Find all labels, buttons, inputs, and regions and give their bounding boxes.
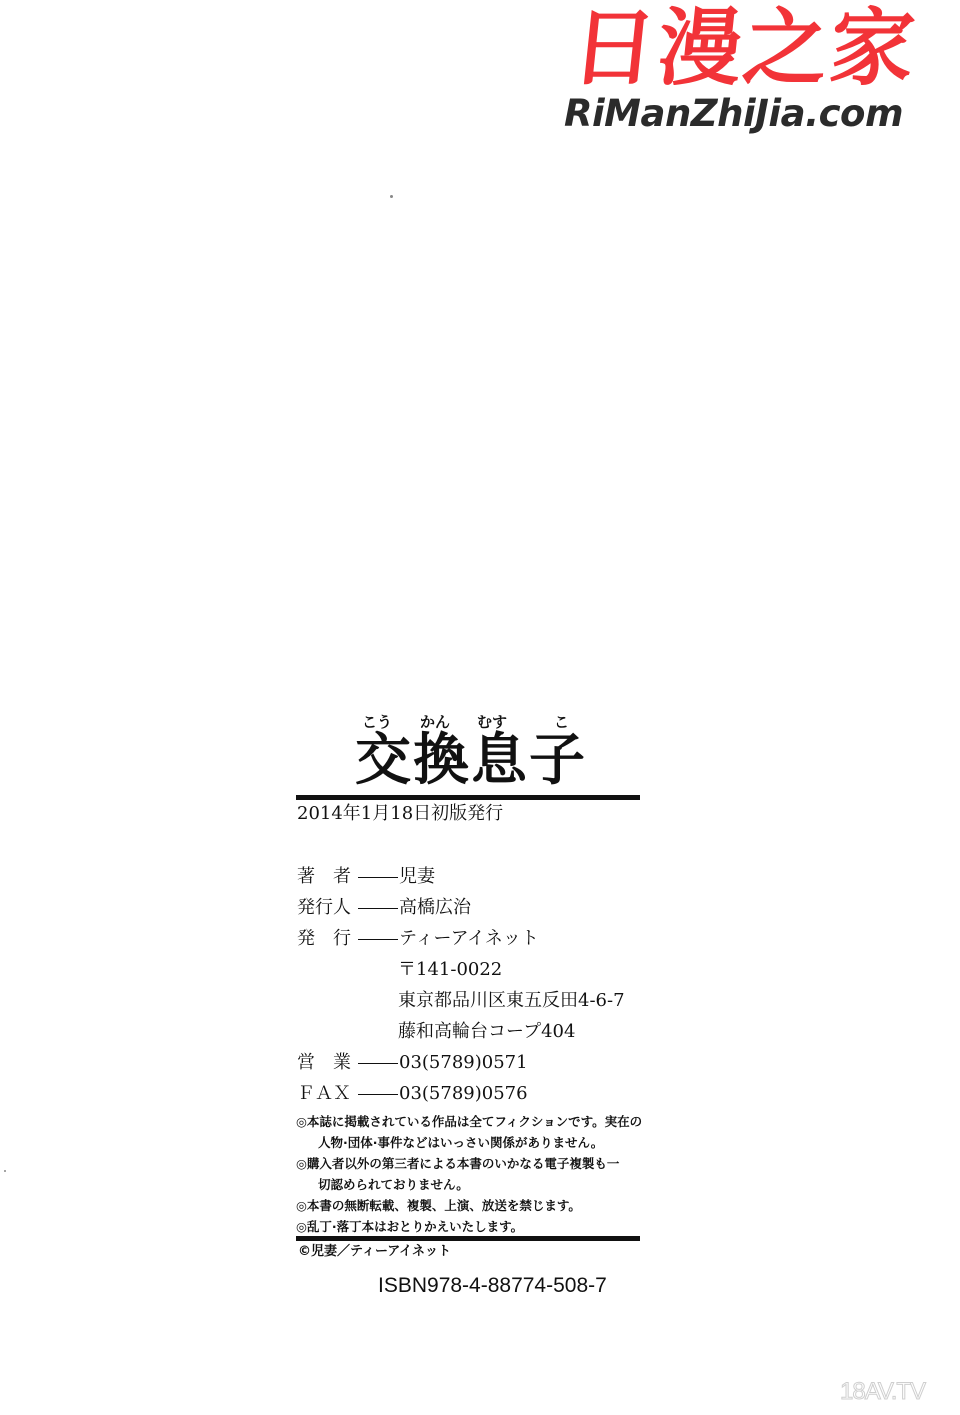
legal-notes: ◎本誌に掲載されている作品は全てフィクションです。実在の 人物·団体·事件などは… <box>296 1111 646 1237</box>
footer-divider <box>296 1236 640 1241</box>
title-divider <box>296 795 640 800</box>
contact-fax: ＦＡＸ03(5789)0576 <box>297 1082 528 1106</box>
dash-rule <box>358 877 398 878</box>
dash-rule <box>358 908 398 909</box>
credit-value: 児妻 <box>399 866 435 887</box>
book-title: 交換息子 <box>355 730 587 790</box>
logo-site-text: RiManZhiJia.com <box>564 92 903 136</box>
credit-value: 高橋広治 <box>399 897 471 918</box>
contact-label: ＦＡＸ <box>297 1082 357 1106</box>
isbn: ISBN978-4-88774-508-7 <box>378 1273 607 1299</box>
address-line-1: 東京都品川区東五反田4-6-7 <box>398 989 625 1013</box>
dash-rule <box>358 939 398 940</box>
contact-value: 03(5789)0576 <box>399 1083 528 1104</box>
note-line: ◎購入者以外の第三者による本書のいかなる電子複製も一 <box>296 1156 619 1171</box>
credit-label: 発行人 <box>297 896 357 920</box>
note-line: 人物·団体·事件などはいっさい関係がありません。 <box>296 1132 646 1153</box>
note-line: 切認められておりません。 <box>296 1174 646 1195</box>
dash-rule <box>358 1063 398 1064</box>
copyright: ©児妻／ティーアイネット <box>298 1243 451 1261</box>
credit-label: 発 行 <box>297 927 357 951</box>
contact-label: 営 業 <box>297 1051 357 1075</box>
credit-publisher: 発 行ティーアイネット <box>297 927 539 951</box>
note-digital-copy: ◎購入者以外の第三者による本書のいかなる電子複製も一 切認められておりません。 <box>296 1153 646 1195</box>
note-reproduction: ◎本書の無断転載、複製、上演、放送を禁じます。 <box>296 1195 646 1216</box>
bottom-watermark: 18AV.TV <box>840 1378 925 1406</box>
credit-label: 著 者 <box>297 865 357 889</box>
note-line: ◎本誌に掲載されている作品は全てフィクションです。実在の <box>296 1114 642 1129</box>
note-fiction: ◎本誌に掲載されている作品は全てフィクションです。実在の 人物·団体·事件などは… <box>296 1111 646 1153</box>
contact-value: 03(5789)0571 <box>399 1052 528 1073</box>
scan-speck <box>4 1170 6 1172</box>
scan-speck <box>390 195 393 198</box>
site-watermark-logo: 日漫之家 RiManZhiJia.com <box>562 0 960 140</box>
postal-code: 〒141-0022 <box>398 958 502 982</box>
credit-value: ティーアイネット <box>399 928 539 949</box>
note-line: ◎乱丁·落丁本はおとりかえいたします。 <box>296 1219 523 1234</box>
note-defects: ◎乱丁·落丁本はおとりかえいたします。 <box>296 1216 646 1237</box>
dash-rule <box>358 1094 398 1095</box>
note-line: ◎本書の無断転載、複製、上演、放送を禁じます。 <box>296 1198 581 1213</box>
publish-date: 2014年1月18日初版発行 <box>297 802 503 826</box>
logo-chinese-text: 日漫之家 <box>567 0 921 96</box>
address-line-2: 藤和高輪台コープ404 <box>398 1020 575 1044</box>
credit-publisher-person: 発行人高橋広治 <box>297 896 471 920</box>
contact-sales: 営 業03(5789)0571 <box>297 1051 528 1075</box>
credit-author: 著 者児妻 <box>297 865 435 889</box>
